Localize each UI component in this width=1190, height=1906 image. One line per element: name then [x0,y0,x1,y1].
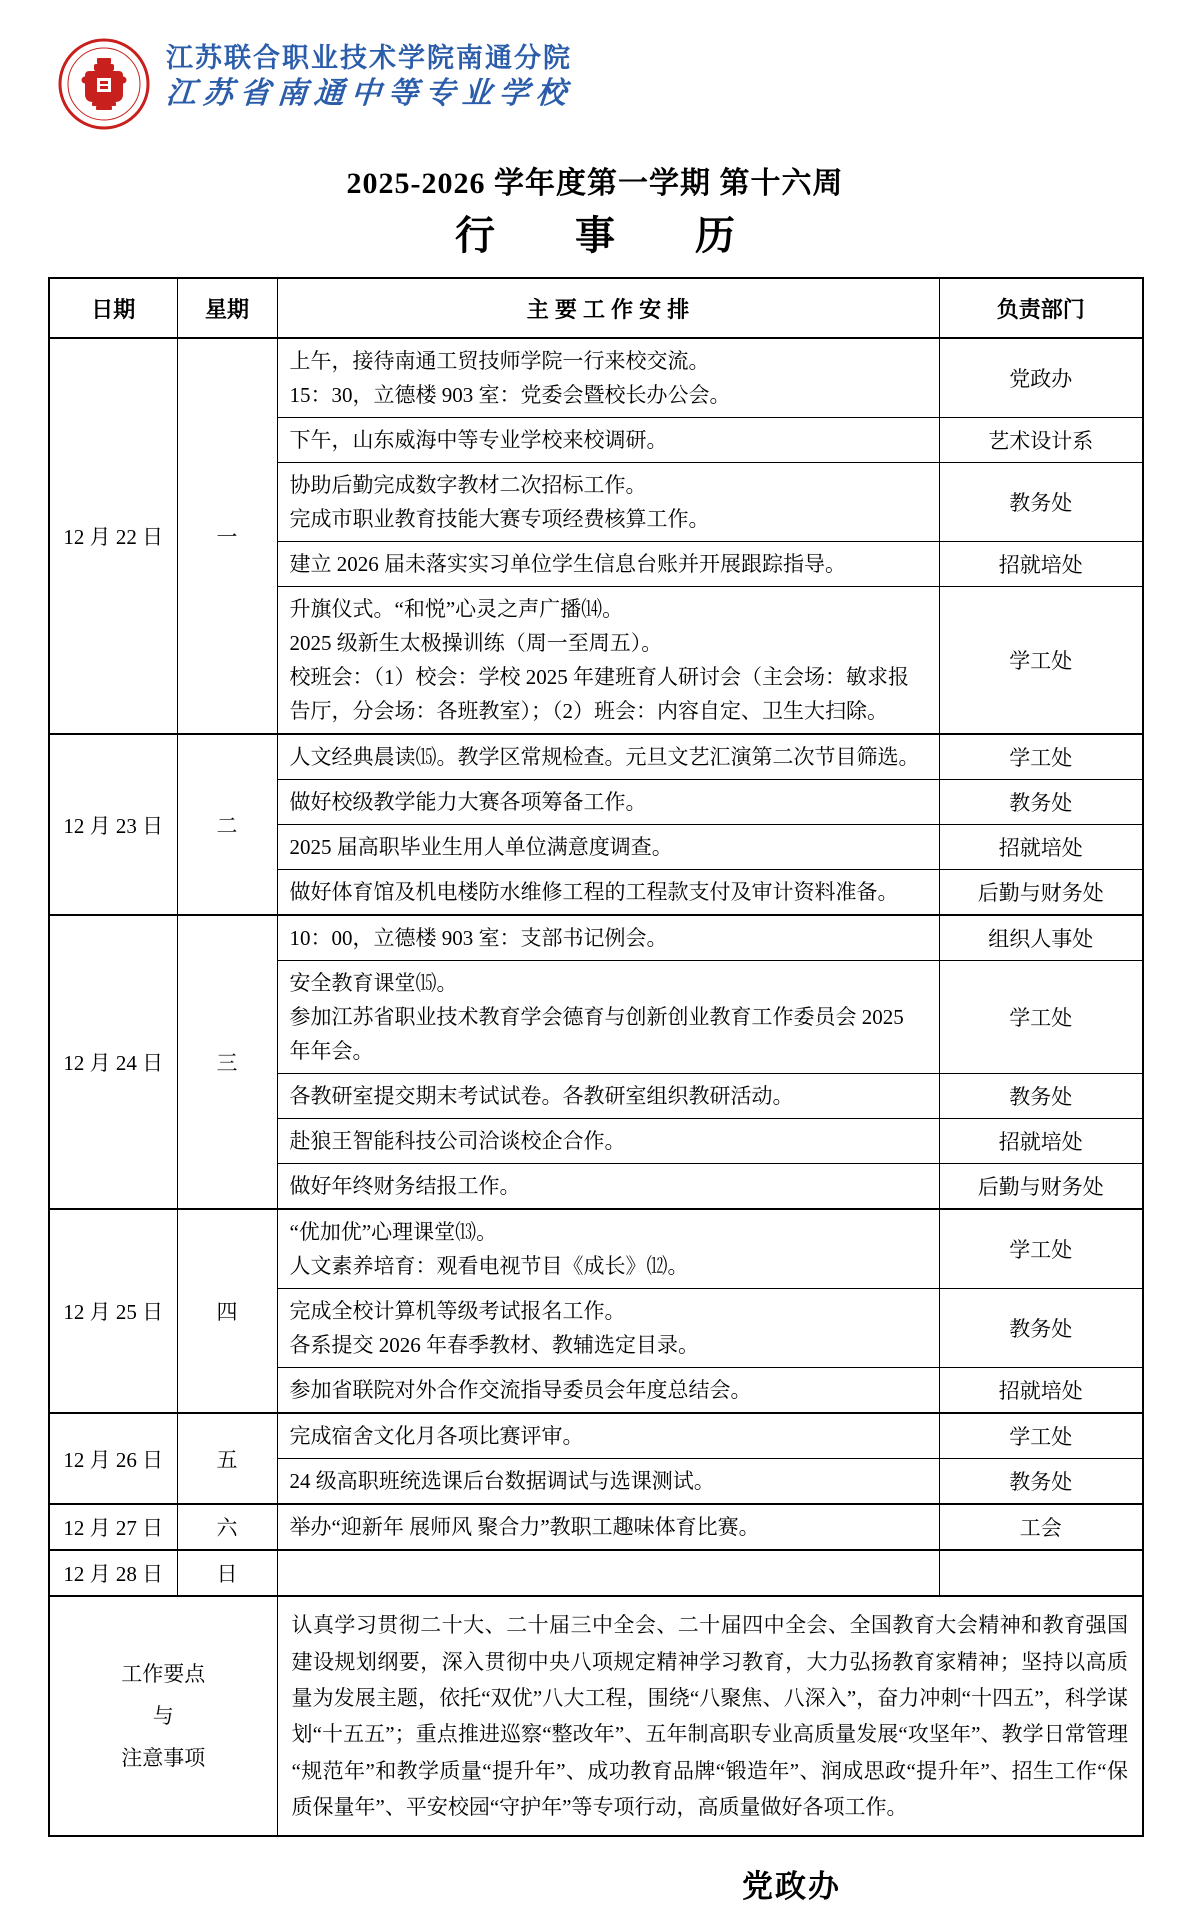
weekday-cell: 四 [177,1209,277,1413]
department-cell: 后勤与财务处 [939,1164,1143,1210]
work-item-cell: 完成宿舍文化月各项比赛评审。 [277,1413,939,1459]
footer-signature: 党政办 [0,1861,1190,1906]
department-cell: 组织人事处 [939,915,1143,961]
document-page: 江苏联合职业技术学院南通分院 江苏省南通中等专业学校 2025-2026 学年度… [0,0,1190,1906]
department-cell [939,1550,1143,1596]
department-cell: 工会 [939,1504,1143,1550]
date-cell: 12 月 26 日 [49,1413,177,1504]
department-cell: 学工处 [939,587,1143,735]
table-row: 12 月 23 日二人文经典晨读⒂。教学区常规检查。元旦文艺汇演第二次节目筛选。… [49,734,1143,780]
date-cell: 12 月 22 日 [49,338,177,734]
work-item-cell: 人文经典晨读⒂。教学区常规检查。元旦文艺汇演第二次节目筛选。 [277,734,939,780]
date-cell: 12 月 25 日 [49,1209,177,1413]
schedule-header: 日期 星期 主 要 工 作 安 排 负责部门 [49,278,1143,338]
work-item-cell: 协助后勤完成数字教材二次招标工作。 完成市职业教育技能大赛专项经费核算工作。 [277,463,939,542]
header-date: 日期 [49,278,177,338]
table-row: 12 月 28 日日 [49,1550,1143,1596]
department-cell: 教务处 [939,1289,1143,1368]
letterhead: 江苏联合职业技术学院南通分院 江苏省南通中等专业学校 [0,0,1190,132]
date-cell: 12 月 23 日 [49,734,177,915]
org-names: 江苏联合职业技术学院南通分院 江苏省南通中等专业学校 [166,36,573,113]
schedule-table: 日期 星期 主 要 工 作 安 排 负责部门 12 月 22 日一上午，接待南通… [48,277,1144,1837]
document-title-calendar: 行 事 历 [0,204,1190,261]
department-cell: 招就培处 [939,1119,1143,1164]
weekday-cell: 二 [177,734,277,915]
schedule-body: 12 月 22 日一上午，接待南通工贸技师学院一行来校交流。 15：30，立德楼… [49,338,1143,1836]
table-row: 12 月 27 日六举办“迎新年 展师风 聚合力”教职工趣味体育比赛。工会 [49,1504,1143,1550]
weekday-cell: 六 [177,1504,277,1550]
department-cell: 艺术设计系 [939,418,1143,463]
weekday-cell: 五 [177,1413,277,1504]
work-item-cell: 上午，接待南通工贸技师学院一行来校交流。 15：30，立德楼 903 室：党委会… [277,338,939,418]
table-row: 12 月 22 日一上午，接待南通工贸技师学院一行来校交流。 15：30，立德楼… [49,338,1143,418]
work-item-cell: 做好校级教学能力大赛各项筹备工作。 [277,780,939,825]
table-row: 12 月 25 日四“优加优”心理课堂⒀。 人文素养培育：观看电视节目《成长》⑿… [49,1209,1143,1289]
date-cell: 12 月 24 日 [49,915,177,1209]
date-cell: 12 月 28 日 [49,1550,177,1596]
department-cell: 教务处 [939,463,1143,542]
header-work: 主 要 工 作 安 排 [277,278,939,338]
department-cell: 学工处 [939,1413,1143,1459]
work-item-cell: 做好年终财务结报工作。 [277,1164,939,1210]
department-cell: 党政办 [939,338,1143,418]
header-weekday: 星期 [177,278,277,338]
department-cell: 学工处 [939,961,1143,1074]
notes-label-cell: 工作要点 与 注意事项 [49,1596,277,1836]
work-item-cell: 做好体育馆及机电楼防水维修工程的工程款支付及审计资料准备。 [277,870,939,916]
org-name-line2: 江苏省南通中等专业学校 [165,74,575,113]
department-cell: 招就培处 [939,542,1143,587]
work-item-cell: 建立 2026 届未落实实习单位学生信息台账并开展跟踪指导。 [277,542,939,587]
work-item-cell: 2025 届高职毕业生用人单位满意度调查。 [277,825,939,870]
notes-row: 工作要点 与 注意事项认真学习贯彻二十大、二十届三中全会、二十届四中全会、全国教… [49,1596,1143,1836]
department-cell: 招就培处 [939,825,1143,870]
notes-text-cell: 认真学习贯彻二十大、二十届三中全会、二十届四中全会、全国教育大会精神和教育强国建… [277,1596,1143,1836]
department-cell: 教务处 [939,1074,1143,1119]
weekday-cell: 日 [177,1550,277,1596]
header-department: 负责部门 [939,278,1143,338]
school-seal-icon [56,36,152,132]
work-item-cell [277,1550,939,1596]
work-item-cell: 参加省联院对外合作交流指导委员会年度总结会。 [277,1368,939,1414]
work-item-cell: 安全教育课堂⒂。 参加江苏省职业技术教育学会德育与创新创业教育工作委员会 202… [277,961,939,1074]
header-row: 日期 星期 主 要 工 作 安 排 负责部门 [49,278,1143,338]
work-item-cell: 升旗仪式。“和悦”心灵之声广播⒁。 2025 级新生太极操训练（周一至周五）。 … [277,587,939,735]
work-item-cell: 各教研室提交期末考试试卷。各教研室组织教研活动。 [277,1074,939,1119]
department-cell: 学工处 [939,734,1143,780]
department-cell: 招就培处 [939,1368,1143,1414]
table-row: 12 月 24 日三10：00，立德楼 903 室：支部书记例会。组织人事处 [49,915,1143,961]
work-item-cell: 举办“迎新年 展师风 聚合力”教职工趣味体育比赛。 [277,1504,939,1550]
work-item-cell: 10：00，立德楼 903 室：支部书记例会。 [277,915,939,961]
work-item-cell: 赴狼王智能科技公司洽谈校企合作。 [277,1119,939,1164]
department-cell: 后勤与财务处 [939,870,1143,916]
weekday-cell: 一 [177,338,277,734]
department-cell: 学工处 [939,1209,1143,1289]
work-item-cell: 完成全校计算机等级考试报名工作。 各系提交 2026 年春季教材、教辅选定目录。 [277,1289,939,1368]
document-title-week: 2025-2026 学年度第一学期 第十六周 [0,158,1190,202]
date-cell: 12 月 27 日 [49,1504,177,1550]
department-cell: 教务处 [939,780,1143,825]
work-item-cell: “优加优”心理课堂⒀。 人文素养培育：观看电视节目《成长》⑿。 [277,1209,939,1289]
work-item-cell: 下午，山东威海中等专业学校来校调研。 [277,418,939,463]
work-item-cell: 24 级高职班统选课后台数据调试与选课测试。 [277,1459,939,1505]
department-cell: 教务处 [939,1459,1143,1505]
table-row: 12 月 26 日五完成宿舍文化月各项比赛评审。学工处 [49,1413,1143,1459]
org-name-line1: 江苏联合职业技术学院南通分院 [166,42,573,74]
weekday-cell: 三 [177,915,277,1209]
